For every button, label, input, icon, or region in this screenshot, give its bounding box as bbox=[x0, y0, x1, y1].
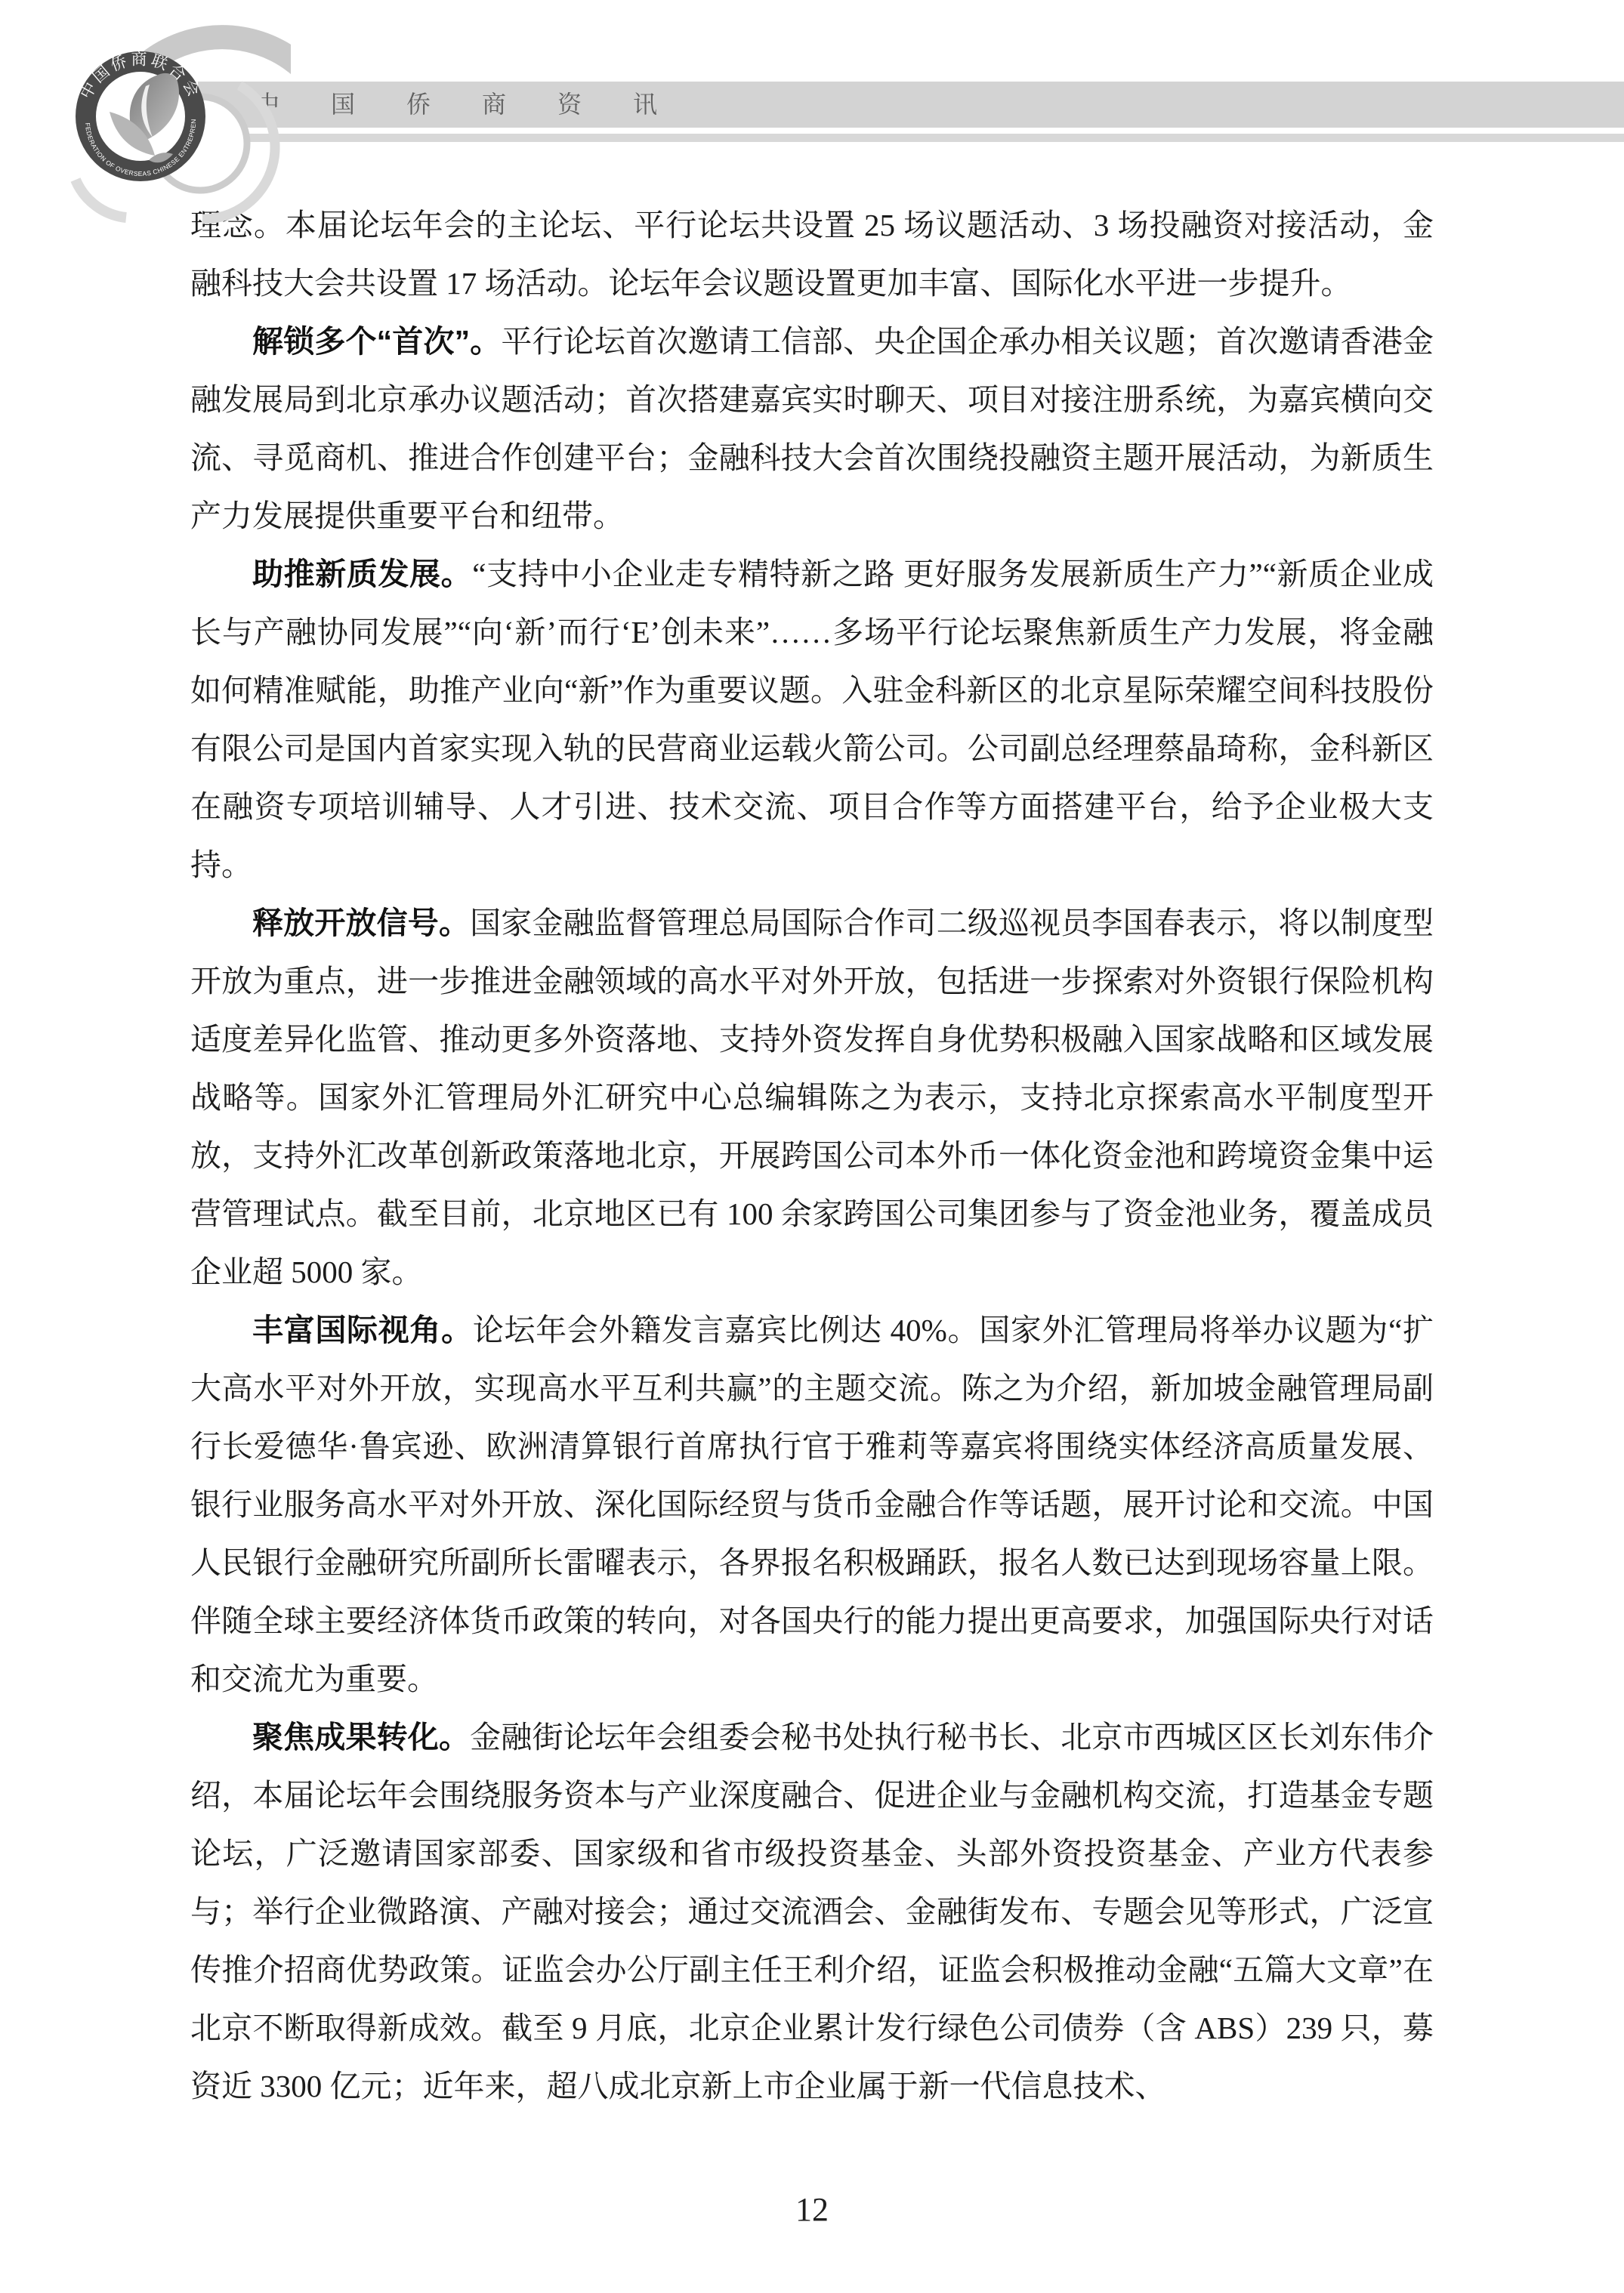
article-body: 理念。本届论坛年会的主论坛、平行论坛共设置 25 场议题活动、3 场投融资对接活… bbox=[190, 196, 1434, 2116]
paragraph-text: 国家金融监督管理总局国际合作司二级巡视员李国春表示，将以制度型开放为重点，进一步… bbox=[190, 906, 1434, 1289]
paragraph-text: 理念。本届论坛年会的主论坛、平行论坛共设置 25 场议题活动、3 场投融资对接活… bbox=[190, 208, 1434, 301]
body-paragraph: 解锁多个“首次”。平行论坛首次邀请工信部、央企国企承办相关议题；首次邀请香港金融… bbox=[190, 313, 1434, 545]
paragraph-lead: 聚焦成果转化。 bbox=[252, 1720, 470, 1754]
body-paragraph: 丰富国际视角。论坛年会外籍发言嘉宾比例达 40%。国家外汇管理局将举办议题为“扩… bbox=[190, 1301, 1434, 1708]
federation-badge-icon: 中国侨商联合会 CHINA FEDERATION OF OVERSEAS CHI… bbox=[42, 0, 291, 236]
body-paragraph: 聚焦成果转化。金融街论坛年会组委会秘书处执行秘书长、北京市西城区区长刘东伟介绍，… bbox=[190, 1708, 1434, 2116]
paragraph-lead: 助推新质发展。 bbox=[252, 557, 472, 591]
organization-logo: 中国侨商联合会 CHINA FEDERATION OF OVERSEAS CHI… bbox=[42, 0, 291, 236]
masthead-title: 中国侨商资讯 bbox=[255, 82, 709, 128]
paragraph-lead: 解锁多个“首次”。 bbox=[252, 324, 501, 359]
paragraph-lead: 释放开放信号。 bbox=[252, 906, 470, 940]
body-paragraph: 理念。本届论坛年会的主论坛、平行论坛共设置 25 场议题活动、3 场投融资对接活… bbox=[190, 196, 1434, 313]
document-page: 中国侨商资讯 bbox=[0, 0, 1624, 2293]
body-paragraph: 释放开放信号。国家金融监督管理总局国际合作司二级巡视员李国春表示，将以制度型开放… bbox=[190, 894, 1434, 1301]
page-number: 12 bbox=[0, 2190, 1624, 2229]
paragraph-text: 论坛年会外籍发言嘉宾比例达 40%。国家外汇管理局将举办议题为“扩大高水平对外开… bbox=[190, 1313, 1434, 1696]
paragraph-text: “支持中小企业走专精特新之路 更好服务发展新质生产力”“新质企业成长与产融协同发… bbox=[190, 557, 1434, 882]
body-paragraph: 助推新质发展。“支持中小企业走专精特新之路 更好服务发展新质生产力”“新质企业成… bbox=[190, 545, 1434, 894]
paragraph-text: 金融街论坛年会组委会秘书处执行秘书长、北京市西城区区长刘东伟介绍，本届论坛年会围… bbox=[190, 1720, 1434, 2103]
paragraph-lead: 丰富国际视角。 bbox=[252, 1313, 473, 1347]
swoosh-left bbox=[76, 180, 126, 218]
header-band-shadow bbox=[208, 134, 1624, 142]
